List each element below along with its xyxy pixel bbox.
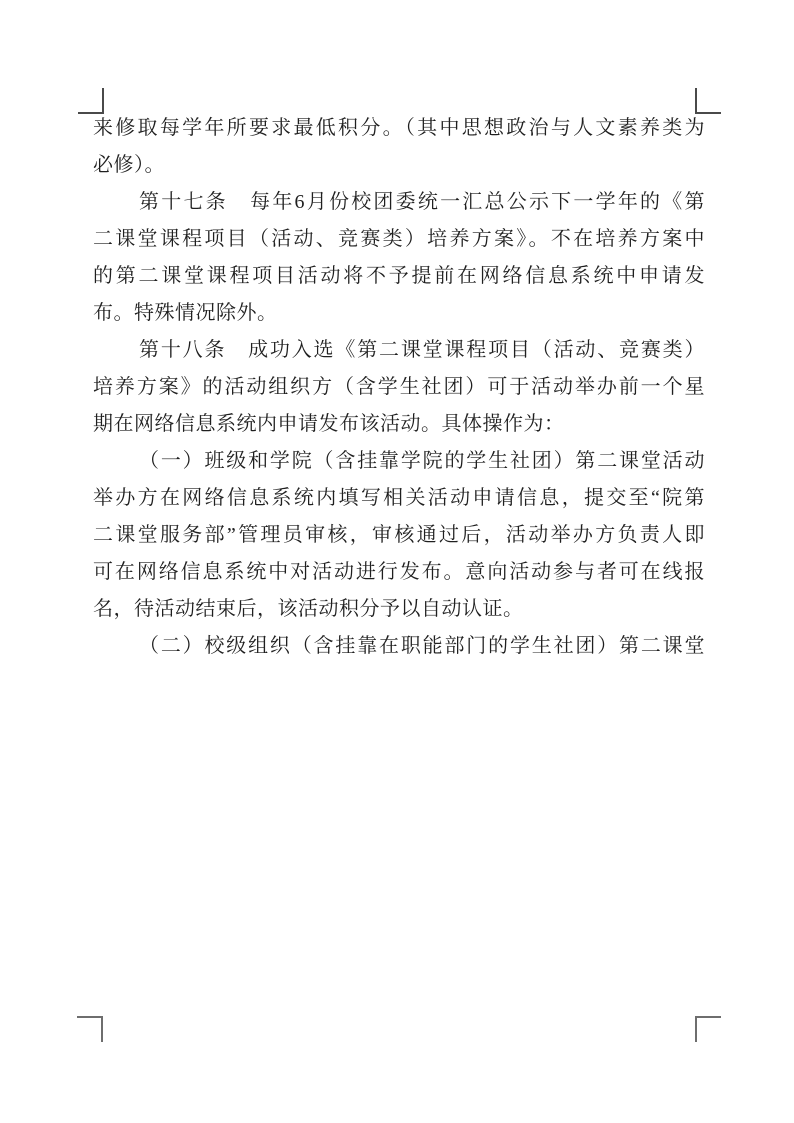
text-line: 举办方在网络信息系统内填写相关活动申请信息，提交至“院第 [93, 480, 705, 517]
text-line: 第十七条 每年6月份校团委统一汇总公示下一学年的《第 [93, 184, 705, 221]
text-line: 名，待活动结束后，该活动积分予以自动认证。 [93, 591, 705, 628]
crop-mark-bottom-left-icon [77, 1016, 103, 1042]
text-line: 可在网络信息系统中对活动进行发布。意向活动参与者可在线报 [93, 554, 705, 591]
crop-mark-bottom-right-icon [695, 1016, 721, 1042]
text-line: （一）班级和学院（含挂靠学院的学生社团）第二课堂活动 [93, 443, 705, 480]
text-line: 二课堂服务部”管理员审核，审核通过后，活动举办方负责人即 [93, 517, 705, 554]
text-line: 必修）。 [93, 147, 705, 184]
text-line: 来修取每学年所要求最低积分。（其中思想政治与人文素养类为 [93, 110, 705, 147]
document-page: 来修取每学年所要求最低积分。（其中思想政治与人文素养类为 必修）。 第十七条 每… [0, 0, 794, 1123]
text-line: 第十八条 成功入选《第二课堂课程项目（活动、竞赛类） [93, 332, 705, 369]
text-line: 布。特殊情况除外。 [93, 295, 705, 332]
document-text-block: 来修取每学年所要求最低积分。（其中思想政治与人文素养类为 必修）。 第十七条 每… [93, 110, 705, 665]
text-line: 培养方案》的活动组织方（含学生社团）可于活动举办前一个星 [93, 369, 705, 406]
text-line: 期在网络信息系统内申请发布该活动。具体操作为： [93, 406, 705, 443]
text-line: 的第二课堂课程项目活动将不予提前在网络信息系统中申请发 [93, 258, 705, 295]
text-line: 二课堂课程项目（活动、竞赛类）培养方案》。不在培养方案中 [93, 221, 705, 258]
text-line: （二）校级组织（含挂靠在职能部门的学生社团）第二课堂 [93, 628, 705, 665]
